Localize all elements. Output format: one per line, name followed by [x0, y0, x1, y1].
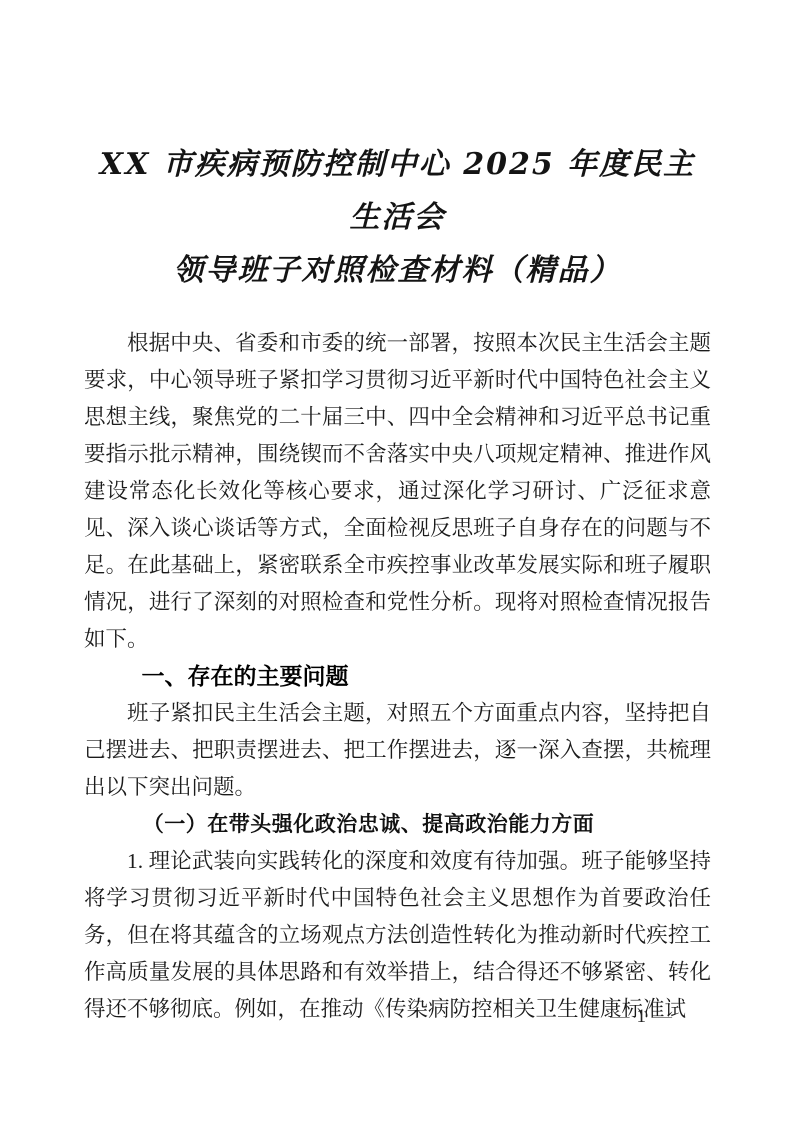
- document-page: XX 市疾病预防控制中心 2025 年度民主生活会 领导班子对照检查材料（精品）…: [0, 0, 793, 1122]
- page-number-dash-right: —: [646, 1006, 679, 1027]
- intro-paragraph: 根据中央、省委和市委的统一部署，按照本次民主生活会主题要求，中心领导班子紧扣学习…: [84, 325, 711, 658]
- numbered-paragraph-1: 1. 理论武装向实践转化的深度和效度有待加强。班子能够坚持将学习贯彻习近平新时代…: [84, 843, 711, 1028]
- title-line-1: XX 市疾病预防控制中心 2025 年度民主生活会: [84, 138, 711, 244]
- section-heading-1: 一、存在的主要问题: [84, 658, 711, 695]
- page-number: —1—: [604, 1004, 680, 1030]
- document-content: XX 市疾病预防控制中心 2025 年度民主生活会 领导班子对照检查材料（精品）…: [84, 138, 711, 1028]
- document-body: 根据中央、省委和市委的统一部署，按照本次民主生活会主题要求，中心领导班子紧扣学习…: [84, 325, 711, 1028]
- page-number-value: 1: [637, 1006, 647, 1027]
- title-line-2: 领导班子对照检查材料（精品）: [84, 244, 711, 297]
- document-title: XX 市疾病预防控制中心 2025 年度民主生活会 领导班子对照检查材料（精品）: [84, 138, 711, 297]
- page-number-dash-left: —: [604, 1006, 637, 1027]
- overview-paragraph: 班子紧扣民主生活会主题，对照五个方面重点内容，坚持把自己摆进去、把职责摆进去、把…: [84, 695, 711, 806]
- subsection-heading-1-1: （一）在带头强化政治忠诚、提高政治能力方面: [84, 806, 711, 843]
